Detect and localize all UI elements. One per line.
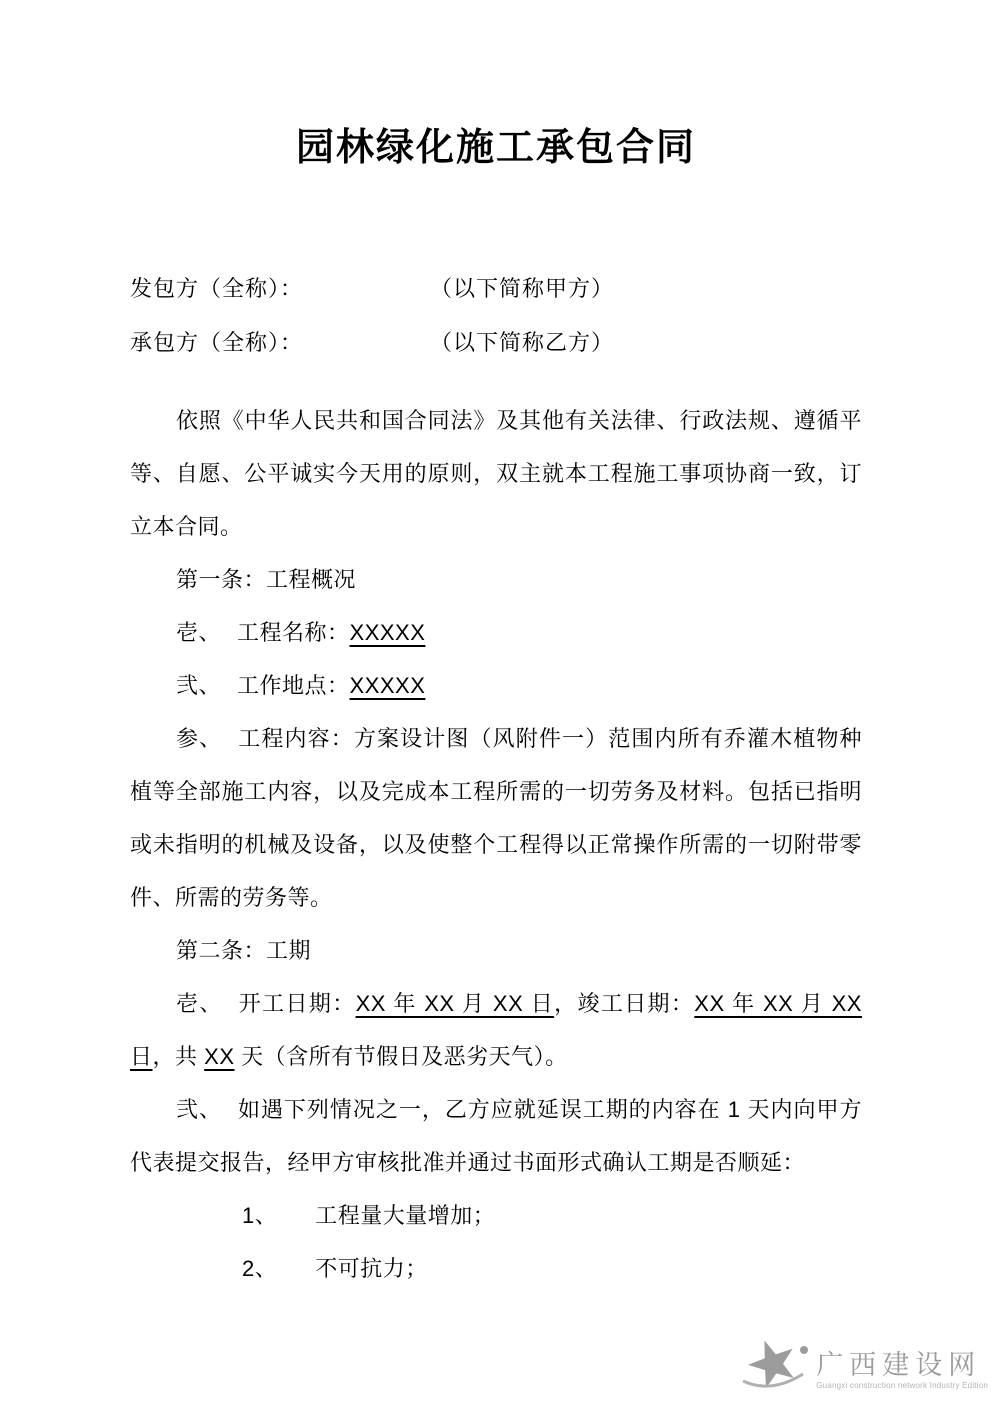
contract-body: 依照《中华人民共和国合同法》及其他有关法律、行政法规、遵循平等、自愿、公平诚实今…	[130, 394, 862, 1295]
project-name-label: 工程名称：	[237, 620, 350, 645]
employer-label: 发包方（全称）：	[130, 262, 430, 316]
project-name-value: XXXXX	[350, 620, 426, 645]
watermark-text-block: 广西建设网 Guangxi construction network Indus…	[816, 1351, 988, 1395]
clause1-heading: 第一条：工程概况	[130, 553, 862, 606]
item-marker: 弐、	[176, 673, 221, 698]
start-date-value: XX 年 XX 月 XX 日	[356, 991, 555, 1016]
clause1-item-project-scope: 参、工程内容：方案设计图（风附件一）范围内所有乔灌木植物种植等全部施工内容，以及…	[130, 712, 862, 924]
document-title: 园林绿化施工承包合同	[130, 0, 862, 176]
subitem-number: 2、	[242, 1256, 277, 1281]
clause2-heading: 第二条：工期	[130, 924, 862, 977]
item-marker: 壱、	[176, 620, 221, 645]
project-scope-text: 工程内容：方案设计图（风附件一）范围内所有乔灌木植物种植等全部施工内容，以及完成…	[130, 726, 862, 910]
duration-suffix: 天（含所有节假日及恶劣天气）。	[235, 1044, 568, 1069]
contractor-label: 承包方（全称）：	[130, 316, 430, 370]
star-logo-icon	[736, 1337, 814, 1395]
delay-condition-2: 2、不可抗力；	[130, 1242, 862, 1295]
duration-days-value: XX	[204, 1044, 234, 1069]
site-watermark: 广西建设网 Guangxi construction network Indus…	[736, 1337, 988, 1395]
contractor-alias-note: （以下简称乙方）	[430, 330, 614, 355]
duration-label: ，共	[153, 1044, 205, 1069]
clause1-item-project-name: 壱、工程名称：XXXXX	[130, 606, 862, 659]
subitem-text: 不可抗力；	[315, 1256, 428, 1281]
delay-report-text: 如遇下列情况之一，乙方应就延误工期的内容在 1 天内向甲方代表提交报告，经甲方审…	[130, 1097, 862, 1175]
clause2-item-dates: 壱、开工日期：XX 年 XX 月 XX 日，竣工日期：XX 年 XX 月 XX …	[130, 977, 862, 1083]
subitem-number: 1、	[242, 1203, 277, 1228]
watermark-site-tagline: Guangxi construction network Industry Ed…	[816, 1381, 988, 1391]
item-marker: 参、	[176, 726, 222, 751]
clause2-item-delay-report: 弐、如遇下列情况之一，乙方应就延误工期的内容在 1 天内向甲方代表提交报告，经甲…	[130, 1083, 862, 1189]
watermark-site-name: 广西建设网	[816, 1351, 981, 1379]
contract-document-page: 园林绿化施工承包合同 发包方（全称）：（以下简称甲方） 承包方（全称）：（以下简…	[0, 0, 992, 1403]
party-line-employer: 发包方（全称）：（以下简称甲方）	[130, 262, 862, 316]
employer-alias-note: （以下简称甲方）	[430, 276, 614, 301]
subitem-text: 工程量大量增加；	[315, 1203, 495, 1228]
delay-condition-1: 1、工程量大量增加；	[130, 1189, 862, 1242]
finish-date-label: ，竣工日期：	[554, 991, 694, 1016]
start-date-label: 开工日期：	[239, 991, 356, 1016]
preamble-paragraph: 依照《中华人民共和国合同法》及其他有关法律、行政法规、遵循平等、自愿、公平诚实今…	[130, 394, 862, 553]
clause1-item-work-location: 弐、工作地点：XXXXX	[130, 659, 862, 712]
document-content: 园林绿化施工承包合同 发包方（全称）：（以下简称甲方） 承包方（全称）：（以下简…	[0, 0, 992, 1295]
work-location-label: 工作地点：	[237, 673, 350, 698]
parties-section: 发包方（全称）：（以下简称甲方） 承包方（全称）：（以下简称乙方）	[130, 262, 862, 370]
item-marker: 弐、	[176, 1097, 222, 1122]
party-line-contractor: 承包方（全称）：（以下简称乙方）	[130, 316, 862, 370]
item-marker: 壱、	[176, 991, 223, 1016]
work-location-value: XXXXX	[350, 673, 426, 698]
